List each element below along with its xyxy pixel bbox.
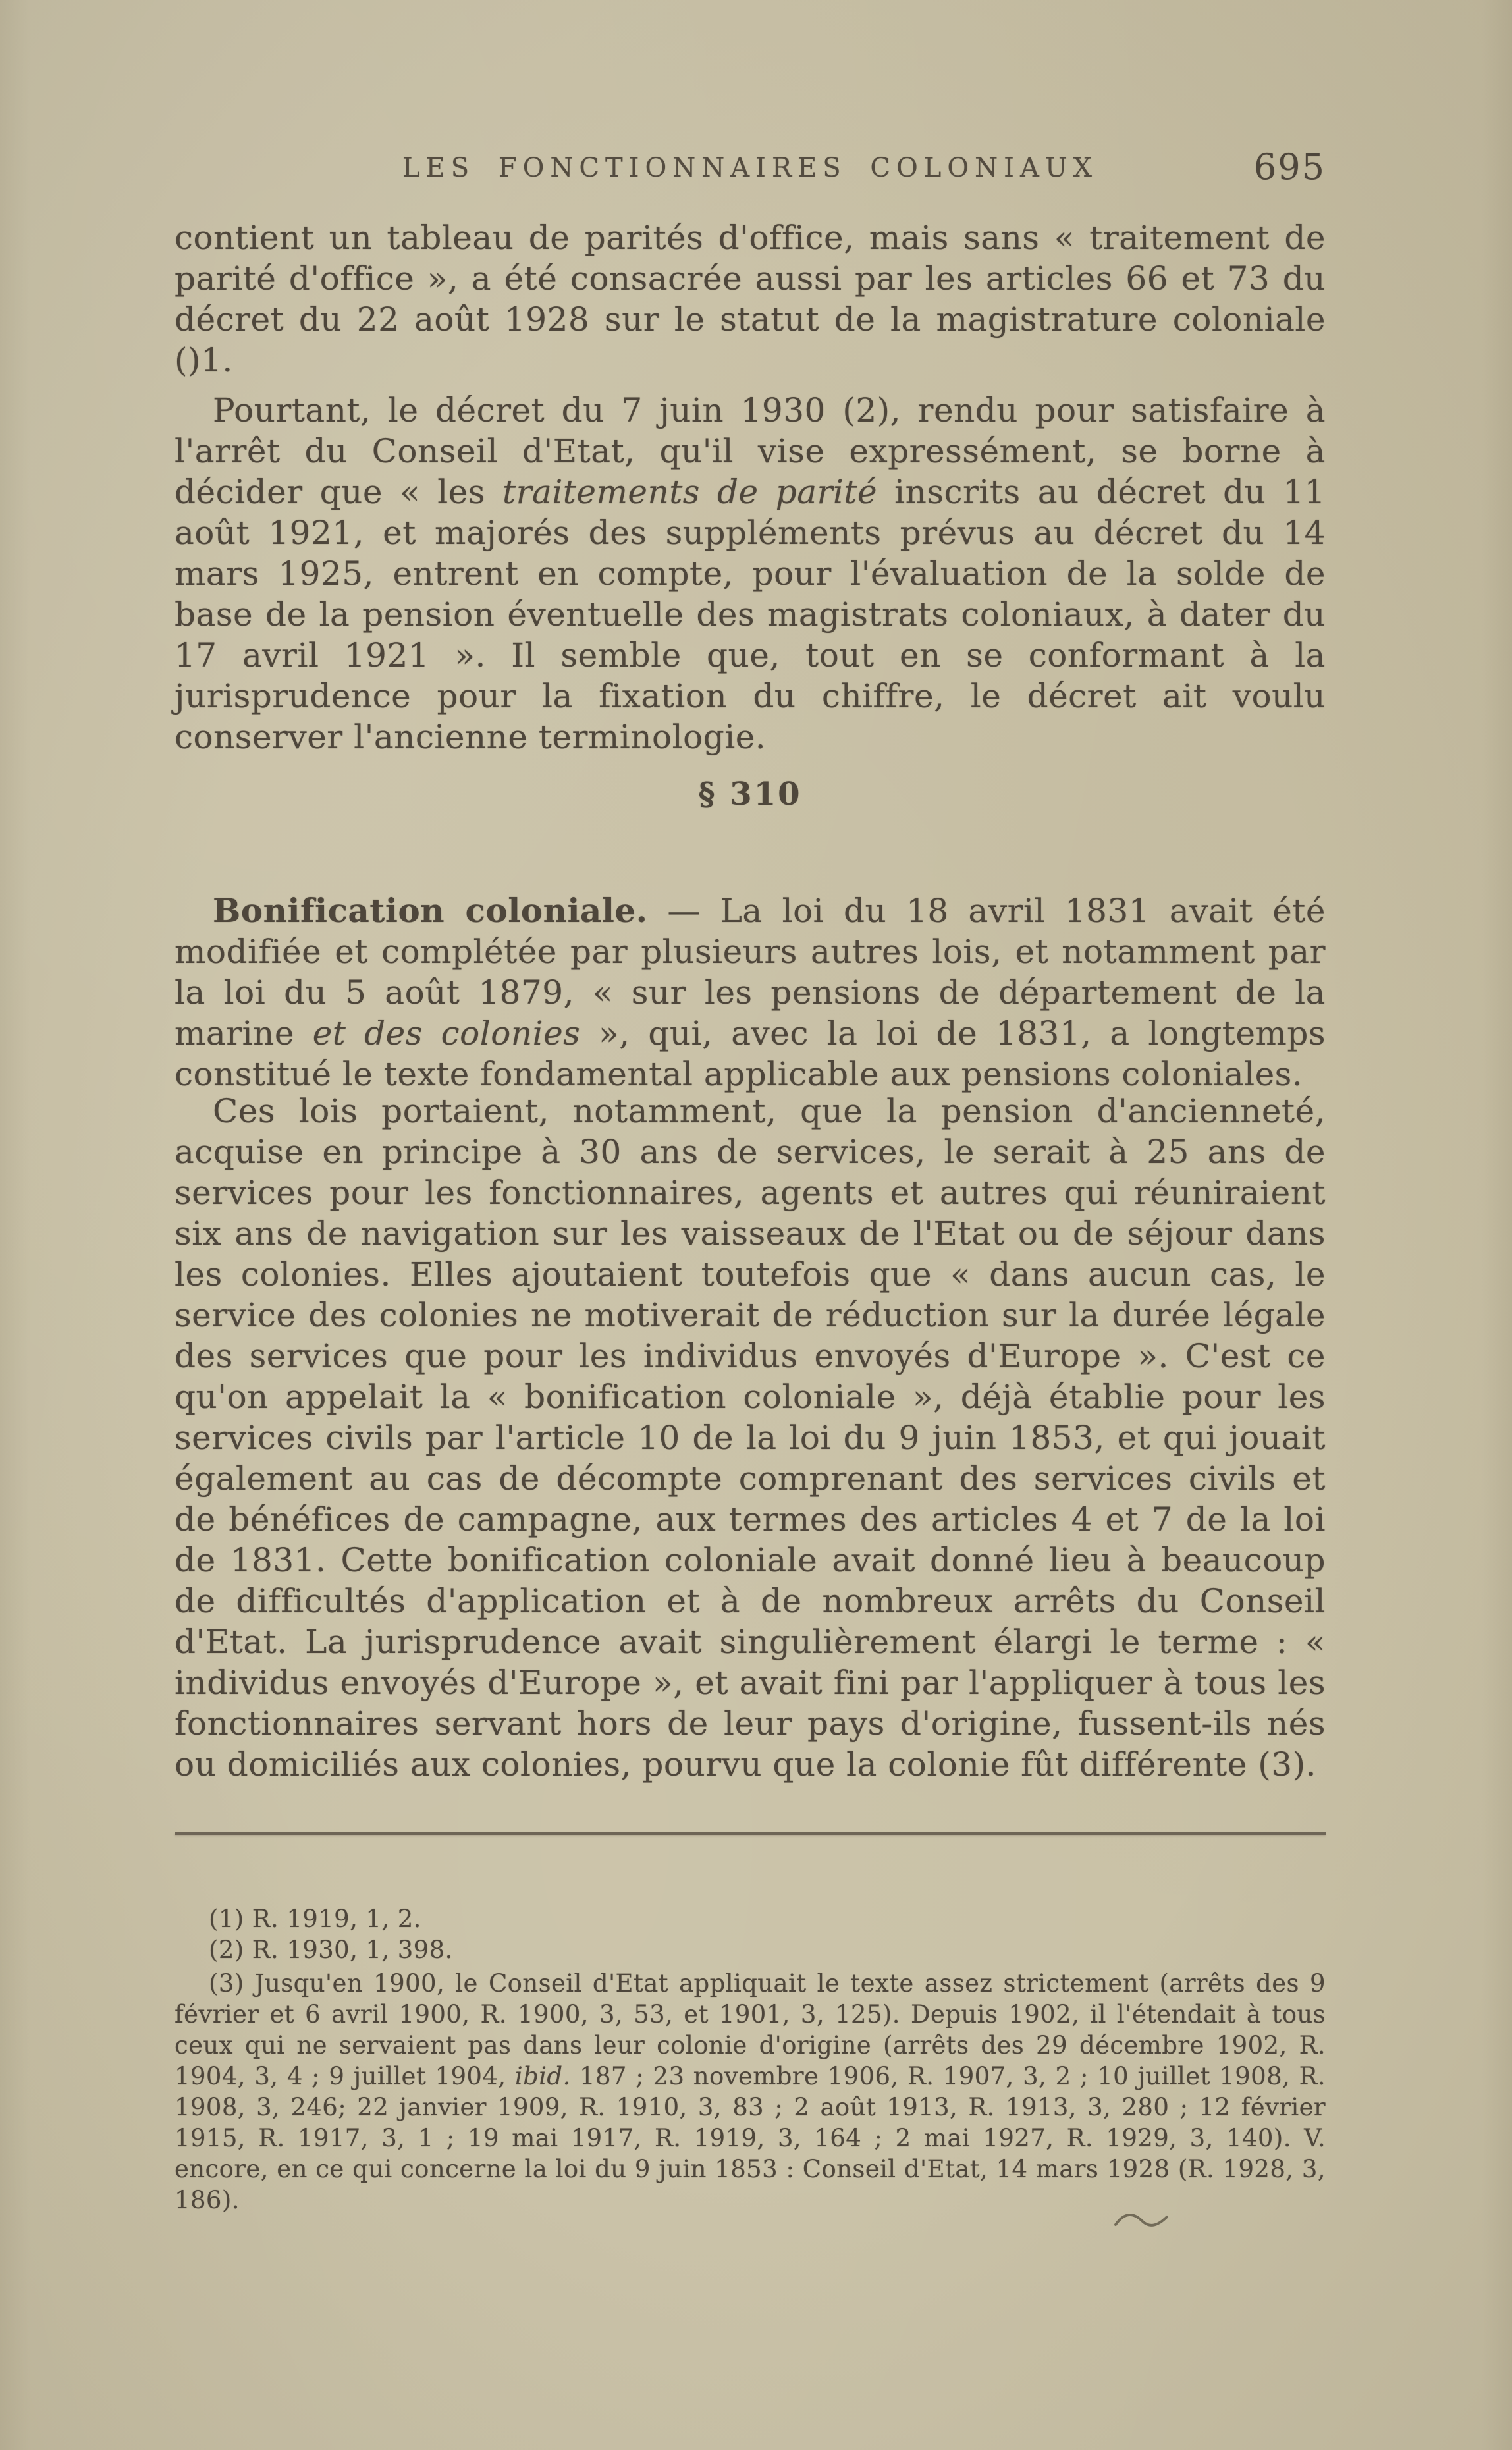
section-heading: § 310 [175,776,1326,813]
text-run: inscrits au décret du 11 août 1921, et m… [175,473,1326,756]
text-run: contient un tableau de parités d'office,… [175,219,1326,379]
scanned-book-page: LES FONCTIONNAIRES COLONIAUX 695 contien… [0,0,1512,2450]
paragraph-3: Bonification coloniale. — La loi du 18 a… [175,890,1326,1095]
footnote-1: (1) R. 1919, 1, 2. [175,1903,1326,1934]
footnote-3: (3) Jusqu'en 1900, le Conseil d'Etat app… [175,1968,1326,2216]
footnote-rule [175,1832,1326,1835]
bold-lead-run: Bonification coloniale. [213,891,648,930]
paragraph-2: Pourtant, le décret du 7 juin 1930 (2), … [175,390,1326,757]
page-number: 695 [1254,146,1326,188]
footnote-2: (2) R. 1930, 1, 398. [175,1934,1326,1965]
running-title: LES FONCTIONNAIRES COLONIAUX [175,153,1326,183]
italic-text-run: ibid. [515,2062,571,2090]
text-run: Ces lois portaient, notamment, que la pe… [175,1092,1326,1783]
paragraph-1: contient un tableau de parités d'office,… [175,217,1326,381]
pen-mark [1112,2205,1171,2235]
italic-text-run: traitements de parité [502,473,877,511]
paragraph-4: Ces lois portaient, notamment, que la pe… [175,1091,1326,1785]
running-head: LES FONCTIONNAIRES COLONIAUX 695 [175,153,1326,205]
italic-text-run: et des colonies [313,1014,581,1052]
